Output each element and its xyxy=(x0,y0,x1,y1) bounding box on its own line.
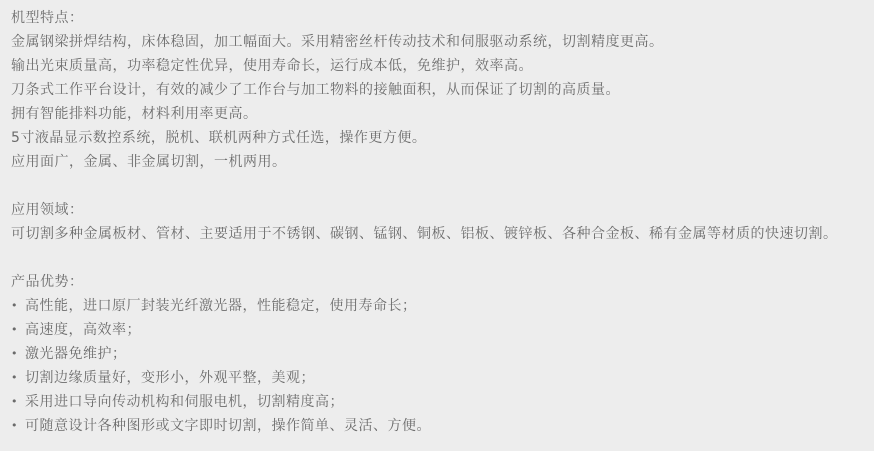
section-heading-machine-features: 机型特点： xyxy=(11,6,862,30)
bullet-icon: • xyxy=(11,294,18,318)
bullet-icon: • xyxy=(11,366,18,390)
advantage-text: 高性能，进口原厂封装光纤激光器，性能稳定，使用寿命长； xyxy=(25,298,417,314)
machine-feature-line: 应用面广，金属、非金属切割，一机两用。 xyxy=(11,150,862,174)
advantage-text: 采用进口导向传动机构和伺服电机，切割精度高； xyxy=(25,394,344,410)
advantage-text: 高速度，高效率； xyxy=(25,322,141,338)
product-description-page: 机型特点： 金属钢梁拼焊结构，床体稳固，加工幅面大。采用精密丝杆传动技术和伺服驱… xyxy=(0,0,874,451)
machine-feature-line: 拥有智能排料功能，材料利用率更高。 xyxy=(11,102,862,126)
machine-feature-line: 刀条式工作平台设计，有效的减少了工作台与加工物料的接触面积，从而保证了切割的高质… xyxy=(11,78,862,102)
application-fields-line: 可切割多种金属板材、管材、主要适用于不锈钢、碳钢、锰钢、铜板、铝板、镀锌板、各种… xyxy=(11,222,862,246)
advantage-bullet-line: •高速度，高效率； xyxy=(11,318,862,342)
bullet-icon: • xyxy=(11,414,18,438)
machine-feature-line: 金属钢梁拼焊结构，床体稳固，加工幅面大。采用精密丝杆传动技术和伺服驱动系统，切割… xyxy=(11,30,862,54)
blank-line xyxy=(11,246,862,270)
advantage-bullet-line: •高性能，进口原厂封装光纤激光器，性能稳定，使用寿命长； xyxy=(11,294,862,318)
advantage-text: 激光器免维护； xyxy=(25,346,127,362)
advantage-text: 可随意设计各种图形或文字即时切割，操作简单、灵活、方便。 xyxy=(25,418,431,434)
bullet-icon: • xyxy=(11,318,18,342)
product-description-text: 机型特点： 金属钢梁拼焊结构，床体稳固，加工幅面大。采用精密丝杆传动技术和伺服驱… xyxy=(11,6,862,438)
machine-feature-line: 5寸液晶显示数控系统，脱机、联机两种方式任选，操作更方便。 xyxy=(11,126,862,150)
section-heading-application-fields: 应用领域： xyxy=(11,198,862,222)
section-heading-product-advantages: 产品优势： xyxy=(11,270,862,294)
advantage-text: 切割边缘质量好，变形小，外观平整，美观； xyxy=(25,370,315,386)
bullet-icon: • xyxy=(11,342,18,366)
bullet-icon: • xyxy=(11,390,18,414)
blank-line xyxy=(11,174,862,198)
advantage-bullet-line: •激光器免维护； xyxy=(11,342,862,366)
advantage-bullet-line: •可随意设计各种图形或文字即时切割，操作简单、灵活、方便。 xyxy=(11,414,862,438)
advantage-bullet-line: •切割边缘质量好，变形小，外观平整，美观； xyxy=(11,366,862,390)
machine-feature-line: 输出光束质量高，功率稳定性优异，使用寿命长，运行成本低，免维护，效率高。 xyxy=(11,54,862,78)
advantage-bullet-line: •采用进口导向传动机构和伺服电机，切割精度高； xyxy=(11,390,862,414)
